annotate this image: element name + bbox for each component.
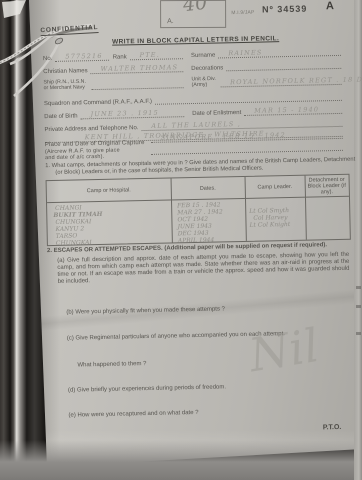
surname-line: RAINES bbox=[218, 47, 341, 59]
dob-value: JUNE 23 . 1915 bbox=[90, 109, 159, 118]
capture-label-1: Place and Date of Original Capture bbox=[45, 140, 145, 148]
corner-letter: A bbox=[326, 0, 334, 12]
christian-names-line: WALTER THOMAS bbox=[91, 63, 184, 74]
no-label: No. bbox=[43, 56, 52, 62]
binder-clip-icon bbox=[2, 0, 26, 18]
field-date-of-birth: Date of Birth JUNE 23 . 1915 bbox=[44, 108, 184, 120]
capture-value-row-2 bbox=[151, 142, 343, 155]
table-header-detachment: Detachment or Block Leader (if any). bbox=[305, 175, 349, 197]
stamp-letter: A. bbox=[167, 18, 174, 25]
question-c2: What happened to them ? bbox=[77, 361, 146, 368]
office-code: M.I.9/JAP bbox=[231, 10, 254, 16]
capture-line-2 bbox=[151, 142, 343, 155]
field-date-of-enlistment: Date of Enlistment MAR 15 - 1940 bbox=[192, 105, 342, 117]
question-b: (b) Were you physically fit when you mad… bbox=[66, 306, 225, 315]
decorations-line bbox=[226, 60, 341, 71]
rank-line: PTE. bbox=[130, 50, 184, 60]
nil-handwritten-annotation: Nil bbox=[245, 318, 322, 382]
ship-label: Ship (R.N., U.S.N. or Merchant Navy bbox=[43, 79, 86, 91]
surname-label: Surname bbox=[191, 53, 215, 60]
stamp-handwritten-number: 40 bbox=[182, 0, 208, 16]
table-header-camp: Camp or Hospital. bbox=[47, 178, 171, 202]
field-christian-names: Christian Names WALTER THOMAS bbox=[43, 63, 183, 75]
question-e: (e) How were you recaptured and on what … bbox=[68, 410, 198, 419]
table-header-leader: Camp Leader. bbox=[245, 176, 305, 198]
camps-table: Camp or Hospital. Dates. Camp Leader. De… bbox=[46, 174, 351, 246]
form-instruction-heading: WRITE IN BLOCK CAPITAL LETTERS IN PENCIL… bbox=[71, 34, 321, 46]
rank-value: PTE. bbox=[140, 51, 160, 59]
reference-stamp-box: A. 40 bbox=[160, 0, 226, 28]
no-value: 5775216 bbox=[65, 52, 103, 61]
scanned-document-photo: CONFIDENTIAL A. 40 M.I.9/JAP Nº 34539 A … bbox=[0, 0, 362, 480]
section2-para-a: (a) Give full description and approx. da… bbox=[57, 252, 350, 286]
serial-number: Nº 34539 bbox=[262, 4, 308, 15]
field-ship: Ship (R.N., U.S.N. or Merchant Navy bbox=[43, 76, 183, 91]
unit-div-label: Unit & Div. (Army) bbox=[191, 76, 216, 88]
pto-label: P.T.O. bbox=[323, 424, 342, 431]
field-decorations: Decorations bbox=[191, 60, 341, 72]
address-value-1: ALL THE LAURELS , bbox=[151, 120, 241, 130]
enlistment-line: MAR 15 - 1940 bbox=[244, 105, 342, 116]
decorations-label: Decorations bbox=[191, 65, 223, 72]
field-unit-div: Unit & Div. (Army) ROYAL NORFOLK REGT . … bbox=[191, 73, 341, 88]
surname-value: RAINES bbox=[228, 49, 262, 58]
form-content: CONFIDENTIAL A. 40 M.I.9/JAP Nº 34539 A … bbox=[30, 0, 362, 480]
squadron-line bbox=[155, 92, 342, 105]
dob-label: Date of Birth bbox=[44, 113, 77, 120]
field-no-rank: No. 5775216 Rank PTE. bbox=[43, 50, 183, 62]
capture-value: SINGAPORE . FEB 15 . 1942 bbox=[161, 131, 286, 142]
table-header-dates: Dates. bbox=[171, 177, 245, 200]
unit-div-line: ROYAL NORFOLK REGT . 18 DIV bbox=[220, 76, 342, 88]
question-d: (d) Give briefly your experiences during… bbox=[68, 384, 226, 393]
unit-div-value: ROYAL NORFOLK REGT . 18 DIV bbox=[230, 75, 362, 86]
capture-label-3: and date of a/c crash). bbox=[45, 154, 104, 161]
ship-line bbox=[91, 79, 184, 90]
confidential-stamp: CONFIDENTIAL bbox=[40, 24, 98, 36]
enlistment-label: Date of Enlistment bbox=[192, 110, 241, 117]
christian-names-value: WALTER THOMAS bbox=[101, 63, 179, 73]
dob-line: JUNE 23 . 1915 bbox=[80, 108, 184, 119]
christian-names-label: Christian Names bbox=[43, 68, 87, 75]
enlistment-value: MAR 15 - 1940 bbox=[254, 105, 319, 114]
no-line: 5775216 bbox=[55, 52, 109, 62]
rank-label: Rank bbox=[113, 54, 127, 60]
field-surname: Surname RAINES bbox=[191, 47, 341, 59]
squadron-label: Squadron and Command (R.A.F., A.A.F.) bbox=[44, 99, 152, 107]
